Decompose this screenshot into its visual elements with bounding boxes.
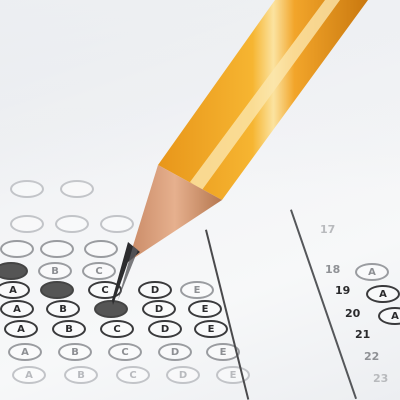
pencil-icon (0, 0, 400, 400)
